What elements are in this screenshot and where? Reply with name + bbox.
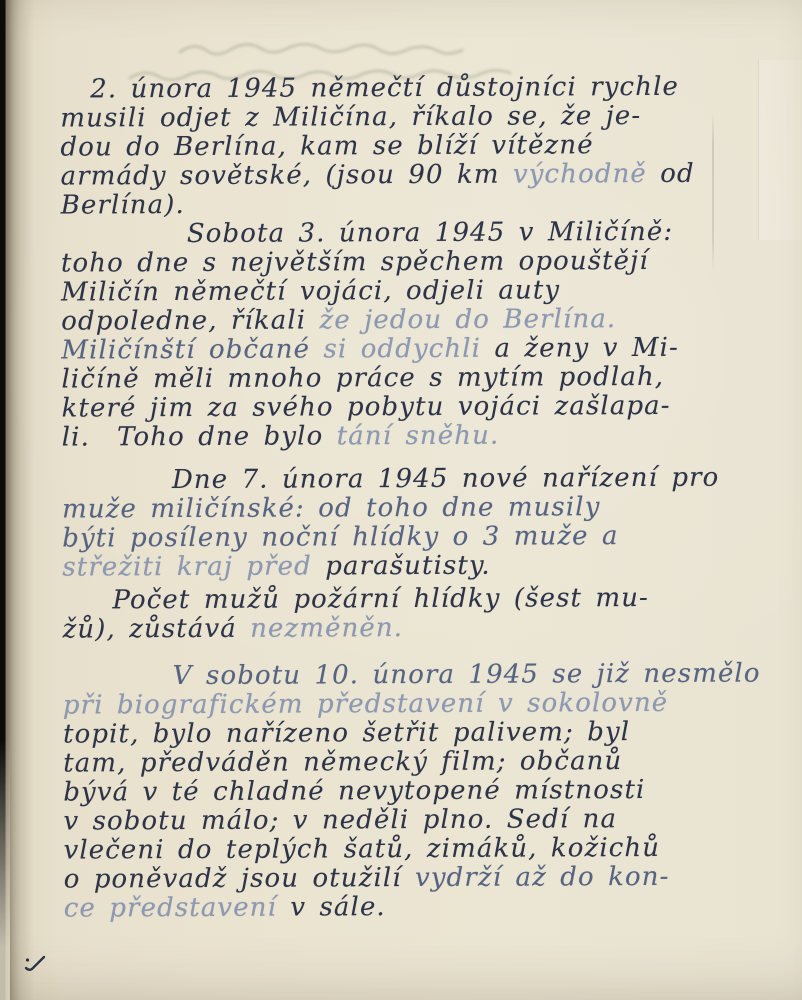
ink-segment: od: [647, 159, 695, 189]
manuscript-text-block: 2. února 1945 němečtí důstojníci rychlem…: [60, 72, 770, 923]
ink-checkmark: [22, 948, 50, 976]
ink-segment: parašutisty.: [325, 551, 491, 582]
ink-segment: vydrží až do kon-: [415, 862, 670, 893]
ink-segment: bývá v té chladné nevytopené místnosti: [63, 775, 645, 808]
ink-segment: armády sovětské, (jsou 90 km: [61, 160, 513, 192]
manuscript-line: tam, předváděn německý film; občanů: [63, 746, 769, 778]
manuscript-line: žů), zůstává nezměněn.: [63, 612, 769, 644]
ink-segment: Počet mužů požární hlídky (šest mu-: [112, 583, 649, 615]
ink-segment: o poněvadž jsou otužilí: [64, 863, 416, 895]
manuscript-line: v sobotu málo; v neděli plno. Sedí na: [63, 804, 769, 836]
ink-segment: musili odjet z Miličína, říkalo se, že j…: [60, 101, 641, 134]
manuscript-line: topit, bylo nařízeno šetřit palivem; byl: [63, 717, 769, 749]
ink-segment: toho dne s největším spěchem opouštějí: [61, 246, 649, 279]
manuscript-line: Počet mužů požární hlídky (šest mu-: [62, 583, 768, 615]
ink-segment: v sobotu málo; v neděli plno. Sedí na: [63, 804, 617, 836]
manuscript-line: Dne 7. února 1945 nové nařízení pro: [62, 463, 768, 495]
manuscript-line: ličíně měli mnoho práce s mytím podlah,: [61, 362, 767, 394]
manuscript-line: odpoledne, říkali že jedou do Berlína.: [61, 304, 767, 336]
ink-segment: býti posíleny noční hlídky o 3 muže a: [62, 521, 619, 553]
manuscript-line: střežiti kraj před parašutisty.: [62, 550, 768, 582]
ink-segment: a ženy v Mi-: [481, 333, 679, 364]
ink-segment: vlečeni do teplých šatů, zimáků, kožichů: [63, 833, 660, 866]
manuscript-line: o poněvadž jsou otužilí vydrží až do kon…: [64, 862, 770, 894]
paragraph: Sobota 3. února 1945 v Miličíně:toho dne…: [61, 217, 768, 452]
manuscript-line: li. Toho dne bylo tání sněhu.: [62, 420, 768, 452]
ink-segment: východně: [513, 159, 647, 190]
manuscript-line: muže miličínské: od toho dne musily: [62, 492, 768, 524]
manuscript-line: býti posíleny noční hlídky o 3 muže a: [62, 521, 768, 553]
manuscript-line: V sobotu 10. února 1945 se již nesmělo: [63, 659, 769, 691]
ink-segment: Berlína).: [61, 190, 185, 221]
ink-segment: které jim za svého pobytu vojáci zašlapa…: [62, 391, 671, 424]
manuscript-line: Miličín němečtí vojáci, odjeli auty: [61, 275, 767, 307]
ink-segment: v sále.: [290, 892, 386, 922]
manuscript-line: při biografickém představení v sokolovně: [63, 688, 769, 720]
ink-segment: ce představení: [64, 893, 291, 924]
manuscript-line: toho dne s největším spěchem opouštějí: [61, 246, 767, 278]
ink-segment: střežiti kraj před: [62, 551, 325, 582]
ink-segment: V sobotu 10. února 1945 se již nesmělo: [173, 658, 761, 691]
manuscript-line: musili odjet z Miličína, říkalo se, že j…: [60, 101, 766, 133]
manuscript-line: Miličínští občané si oddychli a ženy v M…: [61, 333, 767, 365]
ink-segment: že jedou do Berlína.: [319, 304, 616, 335]
scanned-page: 2. února 1945 němečtí důstojníci rychlem…: [0, 0, 802, 1000]
ink-segment: li. Toho dne bylo: [62, 421, 337, 452]
manuscript-line: Berlína).: [61, 188, 767, 220]
paragraph: V sobotu 10. února 1945 se již nesmělopř…: [63, 659, 770, 923]
ink-segment: Miličínští občané: [61, 334, 323, 365]
ink-segment: ličíně měli mnoho práce s mytím podlah,: [61, 362, 664, 395]
manuscript-line: 2. února 1945 němečtí důstojníci rychle: [60, 72, 766, 104]
ink-segment: si oddychli: [323, 334, 481, 365]
manuscript-line: dou do Berlína, kam se blíží vítězné: [60, 130, 766, 162]
ink-segment: tání sněhu.: [337, 421, 500, 452]
ink-segment: muže miličínské: od toho dne musily: [62, 492, 601, 524]
ink-segment: topit, bylo nařízeno šetřit palivem; byl: [63, 717, 630, 749]
manuscript-line: vlečeni do teplých šatů, zimáků, kožichů: [63, 833, 769, 865]
manuscript-line: ce představení v sále.: [64, 891, 770, 923]
ink-segment: dou do Berlína, kam se blíží vítězné: [60, 130, 593, 162]
ink-segment: Dne 7. února 1945 nové nařízení pro: [172, 463, 720, 495]
ink-segment: žů), zůstává: [63, 614, 251, 645]
manuscript-line: bývá v té chladné nevytopené místnosti: [63, 775, 769, 807]
ink-segment: nezměněn.: [250, 613, 403, 644]
ink-segment: Sobota 3. února 1945 v Miličíně:: [187, 217, 673, 249]
book-binding-edge-fade: [0, 740, 10, 1000]
manuscript-line: Sobota 3. února 1945 v Miličíně:: [61, 217, 767, 249]
manuscript-line: armády sovětské, (jsou 90 km východně od: [61, 159, 767, 191]
paragraph: Počet mužů požární hlídky (šest mu-žů), …: [62, 583, 768, 644]
ink-segment: při biografickém představení v sokolovně: [63, 688, 668, 721]
ink-segment: odpoledne, říkali: [61, 305, 319, 336]
ink-segment: 2. února 1945 němečtí důstojníci rychle: [90, 72, 679, 105]
ink-segment: tam, předváděn německý film; občanů: [63, 746, 622, 778]
ink-segment: Miličín němečtí vojáci, odjeli auty: [61, 275, 560, 307]
paragraph: 2. února 1945 němečtí důstojníci rychlem…: [60, 72, 767, 220]
paragraph: Dne 7. února 1945 nové nařízení promuže …: [62, 463, 768, 582]
manuscript-line: které jim za svého pobytu vojáci zašlapa…: [62, 391, 768, 423]
